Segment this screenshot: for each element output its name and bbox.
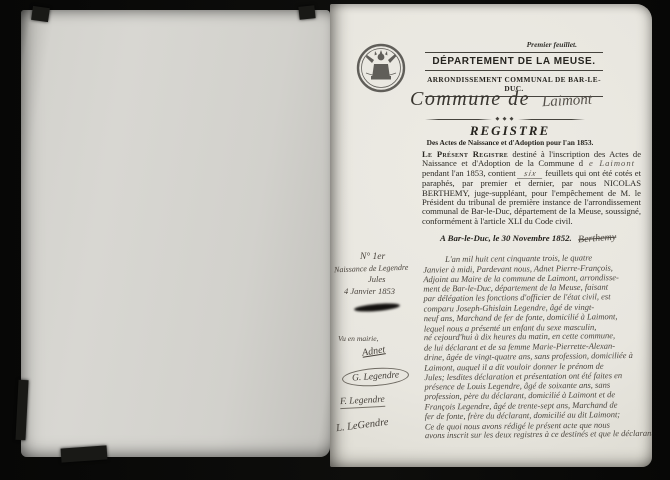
judge-signature: Berthemy: [578, 232, 617, 246]
act-margin-title: Naissance de Legendre: [334, 263, 409, 275]
dateline: A Bar-le-Duc, le 30 Novembre 1852. Berth…: [440, 233, 650, 244]
margin-signature: L. LeGendre: [336, 417, 390, 434]
ink-blot: [354, 302, 400, 313]
registre-subtitle: Des Actes de Naissance et d'Adoption pou…: [390, 138, 630, 147]
register-title-page: Premier feuillet. DÉPARTEMENT DE LA MEUS…: [330, 4, 652, 467]
binding-tape-mark: [15, 380, 28, 440]
binding-tape-mark: [31, 6, 50, 22]
blank-verso-page: [21, 10, 330, 457]
binding-tape-mark: [298, 5, 315, 20]
act-margin-note: Vu en mairie,: [338, 334, 379, 343]
act-margin-firstname: Jules: [368, 274, 385, 284]
commune-handwritten-name: Laimont: [542, 92, 593, 112]
registre-title: REGISTRE: [425, 123, 595, 139]
header-rule: [425, 52, 603, 53]
commune-line: Commune de Laimont: [410, 88, 630, 111]
dateline-text: A Bar-le-Duc, le 30 Novembre 1852.: [440, 233, 572, 243]
ornament-bar: [518, 119, 585, 120]
act-number: N° 1er: [360, 252, 385, 262]
revenue-stamp-seal-icon: [354, 40, 408, 96]
header-rule: [425, 70, 603, 71]
margin-signature: G. Legendre: [341, 366, 409, 389]
ornament-divider: ◆ ◆ ◆: [425, 116, 585, 122]
handwritten-feuillet-count: six: [517, 169, 544, 179]
margin-signature: F. Legendre: [340, 395, 385, 409]
departement-title: DÉPARTEMENT DE LA MEUSE.: [425, 55, 603, 68]
act-margin-date: 4 Janvier 1853: [344, 286, 395, 296]
margin-signature: Adnet: [361, 344, 386, 359]
act-body-text: L'an mil huit cent cinquante trois, le q…: [423, 253, 651, 441]
preamble-paragraph: Le Présent Registre destiné à l'inscript…: [422, 150, 641, 226]
preamble-part2: pendant l'an 1853, contient: [422, 168, 516, 178]
premier-feuillet-label: Premier feuillet.: [425, 40, 603, 49]
registry-book-scan: Premier feuillet. DÉPARTEMENT DE LA MEUS…: [0, 0, 670, 480]
binding-tape-mark: [61, 445, 108, 462]
commune-printed-label: Commune de: [410, 88, 530, 110]
ornament-bar: [425, 119, 492, 120]
ornament-gems: ◆ ◆ ◆: [492, 116, 517, 122]
